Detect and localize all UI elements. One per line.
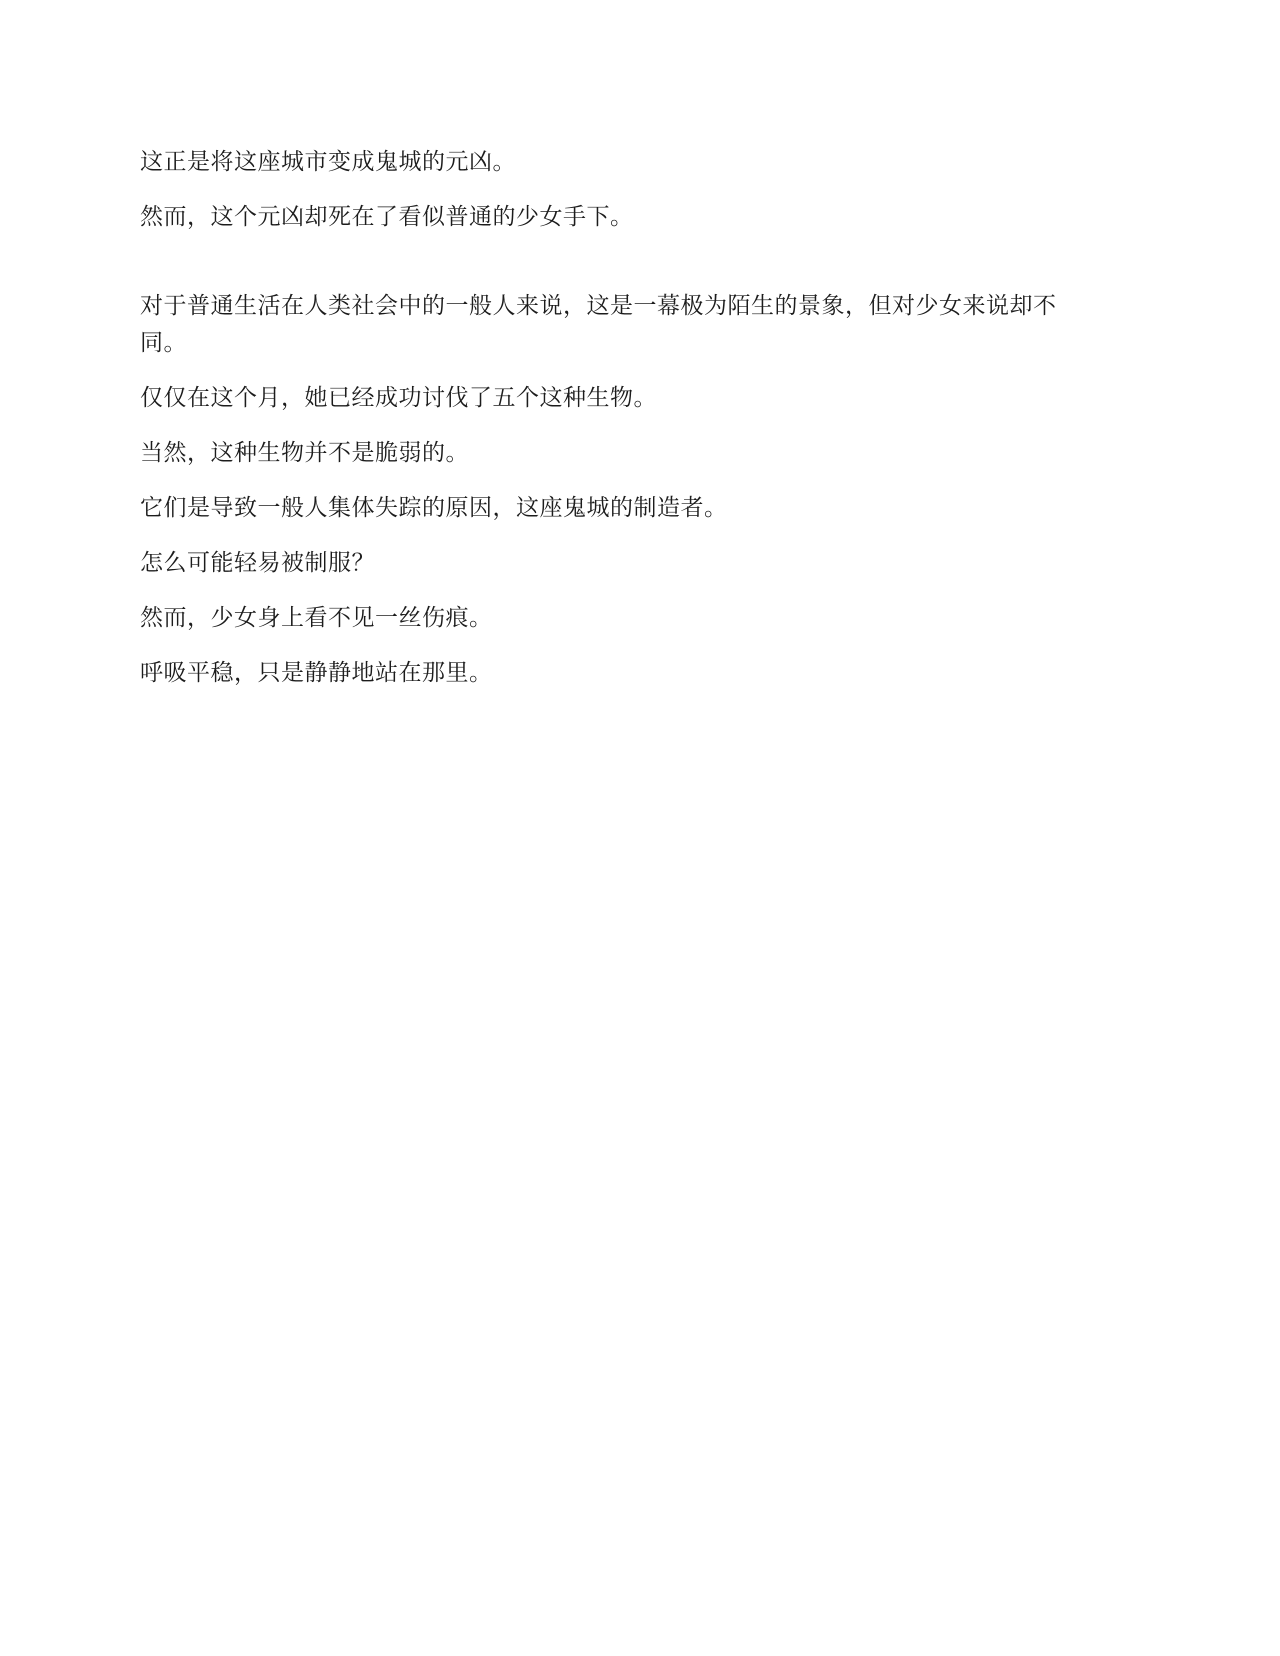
paragraph: 然而，这个元凶却死在了看似普通的少女手下。 xyxy=(140,198,1078,235)
paragraph: 这正是将这座城市变成鬼城的元凶。 xyxy=(140,143,1078,180)
paragraph: 它们是导致一般人集体失踪的原因，这座鬼城的制造者。 xyxy=(140,489,1078,526)
paragraph: 呼吸平稳，只是静静地站在那里。 xyxy=(140,654,1078,691)
paragraph: 对于普通生活在人类社会中的一般人来说，这是一幕极为陌生的景象，但对少女来说却不同… xyxy=(140,287,1078,361)
paragraph: 怎么可能轻易被制服？ xyxy=(140,544,1078,581)
paragraph: 然而，少女身上看不见一丝伤痕。 xyxy=(140,599,1078,636)
paragraph: 当然，这种生物并不是脆弱的。 xyxy=(140,434,1078,471)
paragraph: 仅仅在这个月，她已经成功讨伐了五个这种生物。 xyxy=(140,379,1078,416)
document-page: 这正是将这座城市变成鬼城的元凶。 然而，这个元凶却死在了看似普通的少女手下。 对… xyxy=(0,0,1280,1656)
